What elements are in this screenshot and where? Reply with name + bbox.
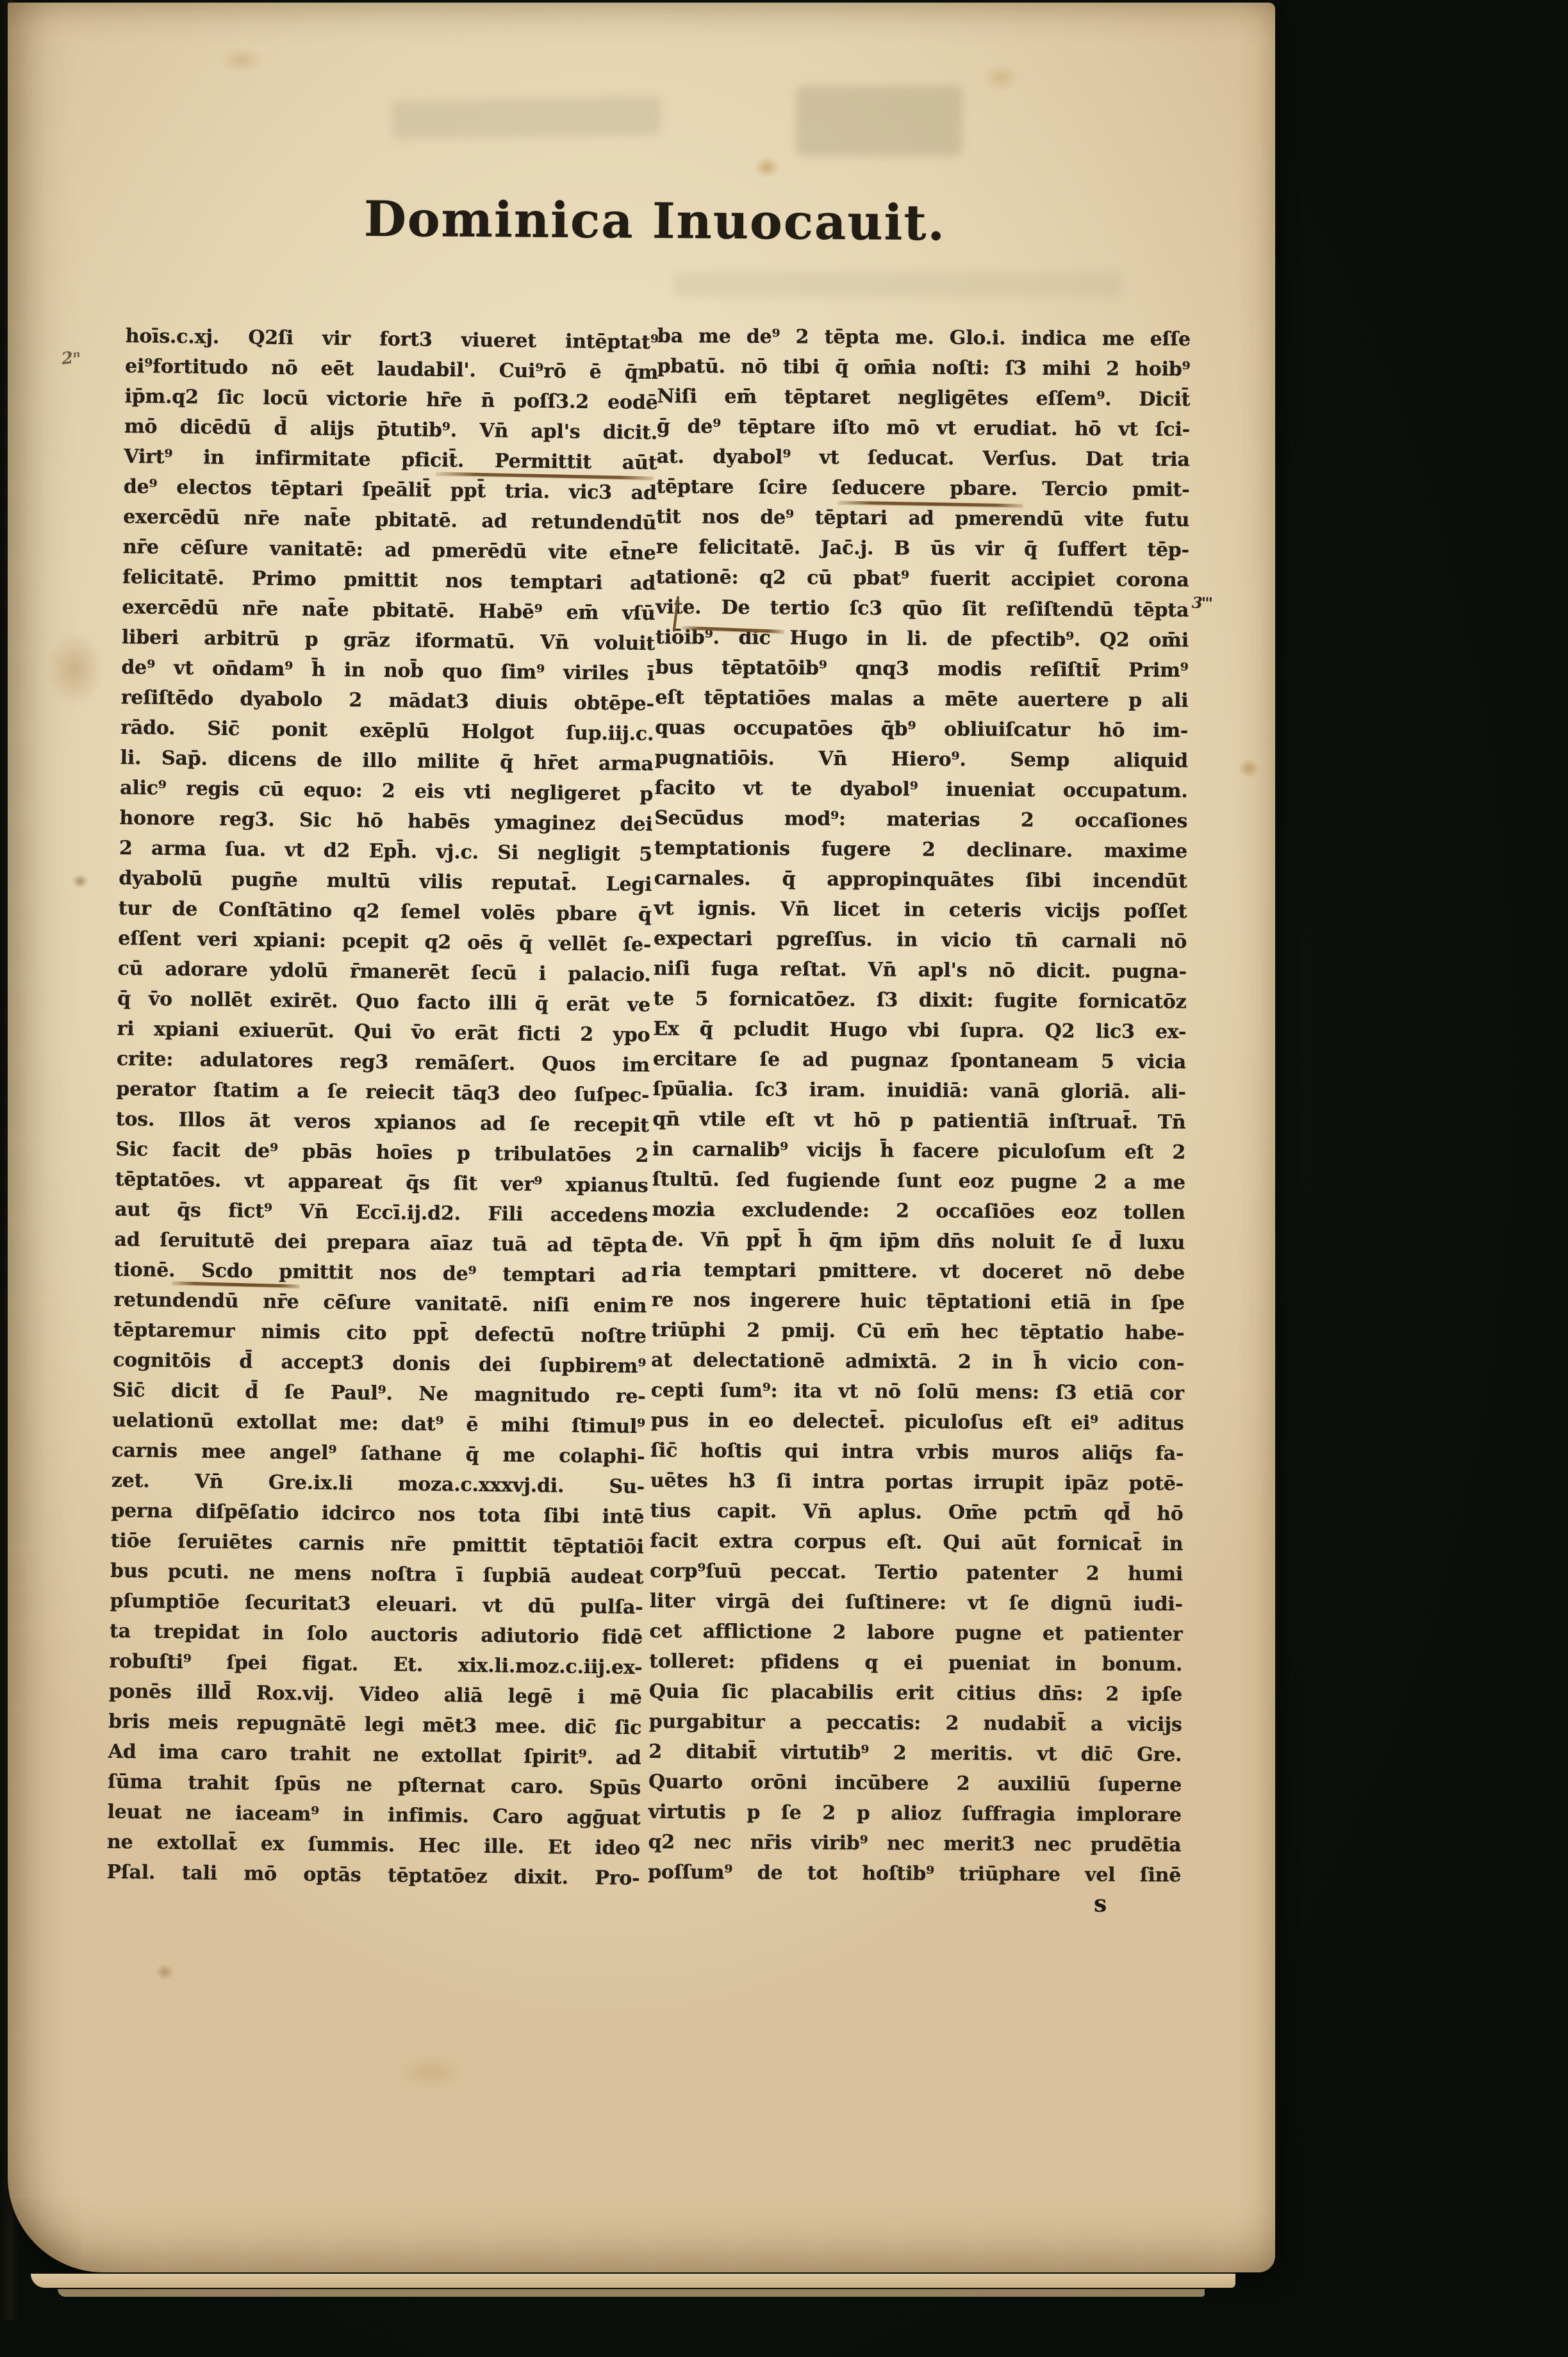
text-line: pus in eo delectet̄. piculoſus eſt ei⁹ a… [650, 1405, 1184, 1439]
text-line: de. Vn̄ ppt̄ h̄ q̄m ip̄m dn̄s noluit ſe … [652, 1225, 1185, 1258]
foxing-spot [219, 47, 264, 73]
text-line: cepti ſum⁹: ita vt nō ſolū mens: ſ3 etiā… [651, 1375, 1184, 1409]
book-page: Dominica Inuocauit. hoīs.c.xj. Q2ſi vir … [8, 3, 1275, 2272]
text-line: at delectationē admixtā. 2 in h̄ vicio c… [651, 1345, 1184, 1378]
text-line: Pſal. tali mō optās tēptatōez dixit. Pro… [106, 1857, 640, 1894]
text-line: re nos ingerere huic tēptationi etiā in … [652, 1285, 1185, 1318]
text-line: facit extra corpus eſt. Qui aūt fornicat… [650, 1526, 1183, 1559]
photo-background: Dominica Inuocauit. hoīs.c.xj. Q2ſi vir … [0, 0, 1568, 2357]
text-line: pbatū. nō tibi q̄ om̄ia noſti: ſ3 mihi 2… [657, 351, 1190, 385]
margin-annotation-right: 3''' [1192, 593, 1212, 612]
foxing-spot [72, 874, 88, 888]
text-line: Secūdus mod⁹: materias 2 occaſiones [654, 803, 1187, 836]
foxing-spot [392, 2053, 469, 2092]
text-line: vt ignis. Vn̄ licet in ceteris vicijs po… [654, 893, 1187, 927]
text-line: triūphi 2 pmij. Cū em̄ hec tēptatio habe… [651, 1315, 1184, 1348]
text-line: eſt tēptatiōes malas a mēte auertere p a… [655, 682, 1188, 716]
text-column-left: hoīs.c.xj. Q2ſi vir fort3 viueret intēpt… [106, 321, 659, 1894]
text-line: ba me de⁹ 2 tēpta me. Glo.i. indica me e… [657, 321, 1191, 354]
text-line: uētes h3 ſi intra portas irrupit ipāz po… [650, 1466, 1184, 1499]
bleedthrough-smudge [674, 272, 1123, 297]
text-line: ſtultū. ſed fugiende ſunt eoz pugne 2 a … [652, 1164, 1185, 1198]
page-running-title: Dominica Inuocauit. [129, 188, 1181, 252]
page-stack-edge [58, 2289, 1205, 2297]
text-line: 2 ditabit̄ virtutib⁹ 2 meritis. vt dic̄ … [648, 1737, 1182, 1770]
text-line: ſic̄ hoſtis qui intra vrbis muros aliq̄s… [650, 1435, 1184, 1469]
signature-mark: s [1094, 1890, 1107, 1917]
text-line: ria temptari pmittere. vt doceret nō deb… [652, 1255, 1185, 1288]
text-line: ḡ de⁹ tēptare iſto mō vt erudiat. hō vt … [657, 411, 1190, 445]
foxing-spot [46, 631, 104, 707]
text-line: carnales. q̄ appropinquātes ſibi incendū… [654, 863, 1187, 897]
foxing-spot [155, 1964, 174, 1980]
text-line: expectari pgreſſus. in vicio tn̄ carnali… [654, 923, 1187, 957]
text-line: tolleret: pfidens q ei pueniat in bonum. [649, 1646, 1182, 1680]
margin-annotation-left: 2ⁿ [61, 348, 82, 369]
text-line: qn̄ vtile eſt vt hō p patientiā inſtruat… [652, 1104, 1185, 1137]
text-line: Quia ſic placabilis erit citius dn̄s: 2 … [649, 1676, 1182, 1710]
text-line: mozia excludende: 2 occaſiōes eoz tollen [652, 1195, 1185, 1228]
text-line: vite. De tertio ſc3 qūo ſit reſiſtendū t… [656, 592, 1189, 625]
bleedthrough-smudge [796, 86, 962, 156]
text-line: in carnalib⁹ vicijs h̄ facere piculoſum … [652, 1134, 1185, 1168]
text-line: te 5 fornicatōez. ſ3 dixit: fugite forni… [653, 984, 1186, 1017]
foxing-spot [754, 156, 780, 178]
text-line: Niſi em̄ tēptaret negligētes eſſem⁹. Dic… [657, 381, 1190, 415]
text-line: temptationis fugere 2 declinare. maxime [654, 833, 1187, 866]
text-line: ſpūalia. ſc3 iram. inuidiā: vanā gloriā.… [653, 1074, 1186, 1107]
text-line: tit nos de⁹ tēptari ad pmerendū vite fut… [656, 502, 1189, 535]
text-line: quas occupatōes q̄b⁹ obliuiſcatur hō im- [655, 713, 1188, 746]
text-line: niſi fuga reſtat. Vn̄ apl's nō dicit. pu… [654, 954, 1187, 987]
text-line: tius capit. Vn̄ aplus. Om̄e pctm̄ qd̄ hō [650, 1496, 1184, 1529]
text-line: facito vt te dyabol⁹ inueniat occupatum. [654, 773, 1187, 806]
text-line: virtutis p ſe 2 p alioz ſuffragia implor… [648, 1797, 1182, 1830]
text-line: poſſum⁹ de tot hoſtib⁹ triūphare vel ſin… [648, 1857, 1181, 1890]
text-line: cet afflictione 2 labore pugne et patien… [649, 1616, 1182, 1650]
foxing-spot [982, 63, 1020, 92]
text-line: q2 nec nr̄is virib⁹ nec merit3 nec prudē… [648, 1827, 1181, 1860]
text-line: at. dyabol⁹ vt ſeducat. Verſus. Dat tria [657, 442, 1190, 475]
text-line: re felicitatē. Jac̄.j. B ūs vir q̄ ſuffe… [656, 532, 1189, 565]
text-line: bus tēptatōib⁹ qnq3 modis reſiſtit̄ Prim… [656, 652, 1189, 686]
text-column-right: ba me de⁹ 2 tēpta me. Glo.i. indica me e… [648, 321, 1191, 1890]
bleedthrough-smudge [392, 96, 662, 139]
text-line: tationē: q2 cū pbat⁹ fuerit accipiet cor… [656, 562, 1189, 595]
text-line: pugnatiōis. Vn̄ Hiero⁹. Semp aliquid [655, 743, 1188, 776]
text-line: tiōib⁹. dic̄ Hugo in li. de pfectib⁹. Q2… [656, 622, 1189, 656]
text-line: ercitare ſe ad pugnaz ſpontaneam 5 vicia [653, 1044, 1186, 1077]
text-line: purgabitur a peccatis: 2 nudabit̄ a vici… [649, 1707, 1182, 1740]
text-line: liter virgā dei ſuſtinere: vt ſe dignū i… [650, 1586, 1183, 1619]
text-line: Quarto orōni incūbere 2 auxiliū ſuperne [648, 1767, 1182, 1800]
text-line: corp⁹ſuū peccat. Tertio patenter 2 humi [650, 1556, 1183, 1589]
text-line: tēptare ſcire ſeducere pbare. Tercio pmi… [656, 472, 1189, 505]
text-line: Ex q̄ pcludit Hugo vbi ſupra. Q2 lic3 ex… [653, 1014, 1186, 1047]
foxing-spot [1238, 759, 1260, 778]
page-stack-edge [31, 2274, 1235, 2288]
